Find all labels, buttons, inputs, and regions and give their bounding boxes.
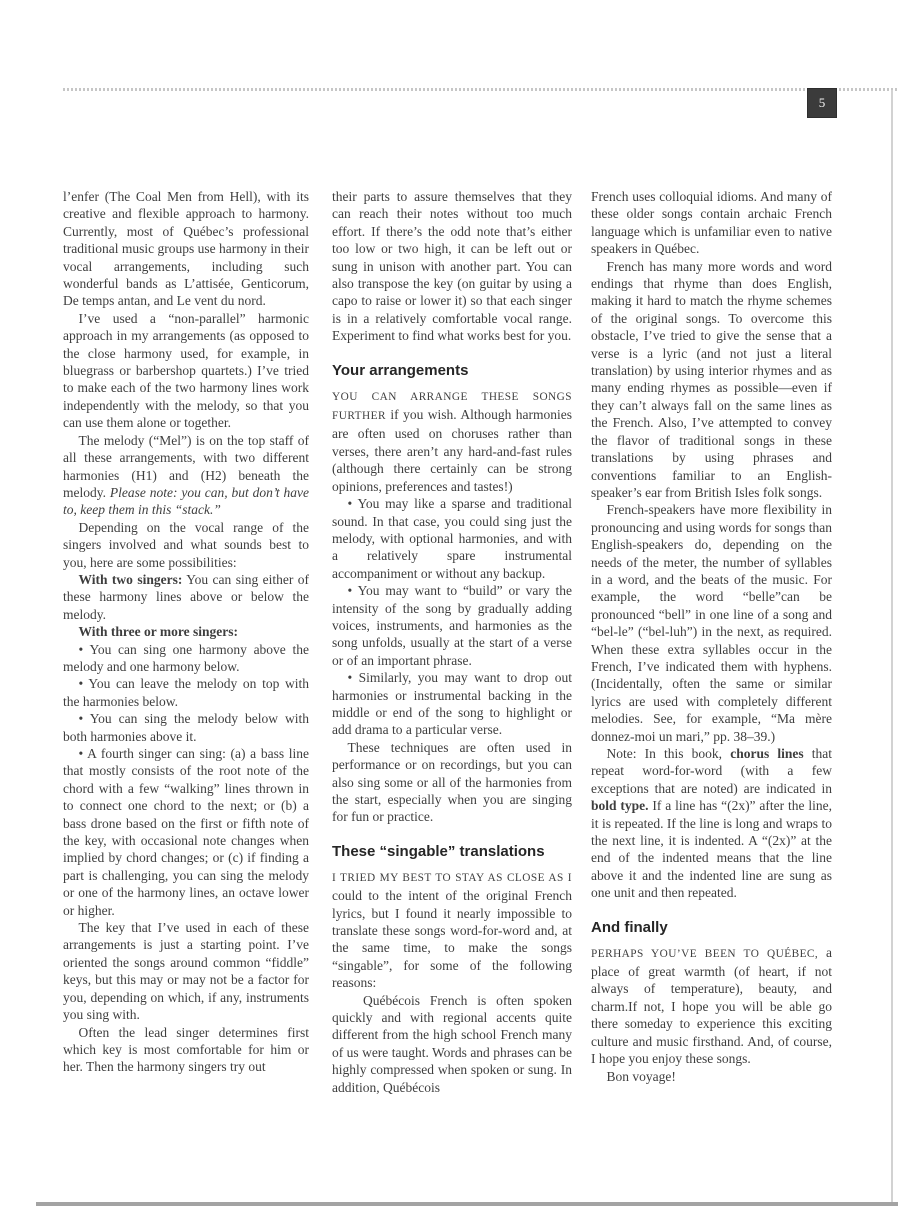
- paragraph: I’ve used a “non-parallel” harmonic appr…: [63, 310, 309, 432]
- paragraph: Québécois French is often spoken quickly…: [332, 992, 572, 1096]
- text-run: If a line has “(2x)” after the line, it …: [591, 798, 832, 900]
- bullet-item: • Similarly, you may want to drop out ha…: [332, 669, 572, 739]
- paragraph: their parts to assure themselves that th…: [332, 188, 572, 345]
- paragraph: The melody (“Mel”) is on the top staff o…: [63, 432, 309, 519]
- paragraph: Note: In this book, chorus lines that re…: [591, 745, 832, 902]
- paragraph: With three or more singers:: [63, 623, 309, 640]
- text-column-1: l’enfer (The Coal Men from Hell), with i…: [63, 188, 309, 1076]
- bullet-item: • You can sing one harmony above the mel…: [63, 641, 309, 676]
- section-heading-and-finally: And finally: [591, 919, 832, 937]
- bold-lead: With three or more singers:: [79, 624, 238, 639]
- paragraph: YOU CAN ARRANGE THESE SONGS FURTHER if y…: [332, 387, 572, 495]
- text-run: Note: In this book,: [607, 746, 731, 761]
- scanned-book-page: 5 l’enfer (The Coal Men from Hell), with…: [0, 0, 900, 1208]
- paragraph: l’enfer (The Coal Men from Hell), with i…: [63, 188, 309, 310]
- paragraph: French-speakers have more flexibility in…: [591, 501, 832, 745]
- paragraph: French has many more words and word endi…: [591, 258, 832, 502]
- dotted-header-rule: [63, 88, 898, 91]
- small-caps-lead: PERHAPS YOU’VE BEEN TO QUÉBEC,: [591, 948, 818, 960]
- bullet-item: • A fourth singer can sing: (a) a bass l…: [63, 745, 309, 919]
- text-run: could to the intent of the original Fren…: [332, 888, 572, 990]
- bold-term: chorus lines: [730, 746, 803, 761]
- page-number-badge: 5: [807, 88, 837, 118]
- paragraph: I TRIED MY BEST TO STAY AS CLOSE AS I co…: [332, 868, 572, 992]
- paragraph: These techniques are often used in perfo…: [332, 739, 572, 826]
- bullet-item: • You can sing the melody below with bot…: [63, 710, 309, 745]
- paragraph: PERHAPS YOU’VE BEEN TO QUÉBEC, a place o…: [591, 944, 832, 1068]
- page-number: 5: [819, 95, 826, 110]
- section-heading-your-arrangements: Your arrangements: [332, 362, 572, 380]
- text-column-2: their parts to assure themselves that th…: [332, 188, 572, 1096]
- paragraph: With two singers: You can sing either of…: [63, 571, 309, 623]
- paragraph: Depending on the vocal range of the sing…: [63, 519, 309, 571]
- text-run: a place of great warmth (of heart, if no…: [591, 945, 832, 1066]
- bullet-item: • You may like a sparse and traditional …: [332, 495, 572, 582]
- bold-term: bold type.: [591, 798, 649, 813]
- scan-edge-bottom: [36, 1202, 898, 1206]
- bullet-item: • You can leave the melody on top with t…: [63, 675, 309, 710]
- paragraph: French uses colloquial idioms. And many …: [591, 188, 832, 258]
- paragraph: Bon voyage!: [591, 1068, 832, 1085]
- bullet-item: • You may want to “build” or vary the in…: [332, 582, 572, 669]
- bold-lead: With two singers:: [79, 572, 183, 587]
- paragraph: The key that I’ve used in each of these …: [63, 919, 309, 1023]
- section-heading-singable-translations: These “singable” translations: [332, 843, 572, 861]
- small-caps-lead: I TRIED MY BEST TO STAY AS CLOSE AS I: [332, 872, 572, 884]
- text-column-3: French uses colloquial idioms. And many …: [591, 188, 832, 1085]
- scan-edge-right: [891, 90, 893, 1204]
- paragraph: Often the lead singer determines first w…: [63, 1024, 309, 1076]
